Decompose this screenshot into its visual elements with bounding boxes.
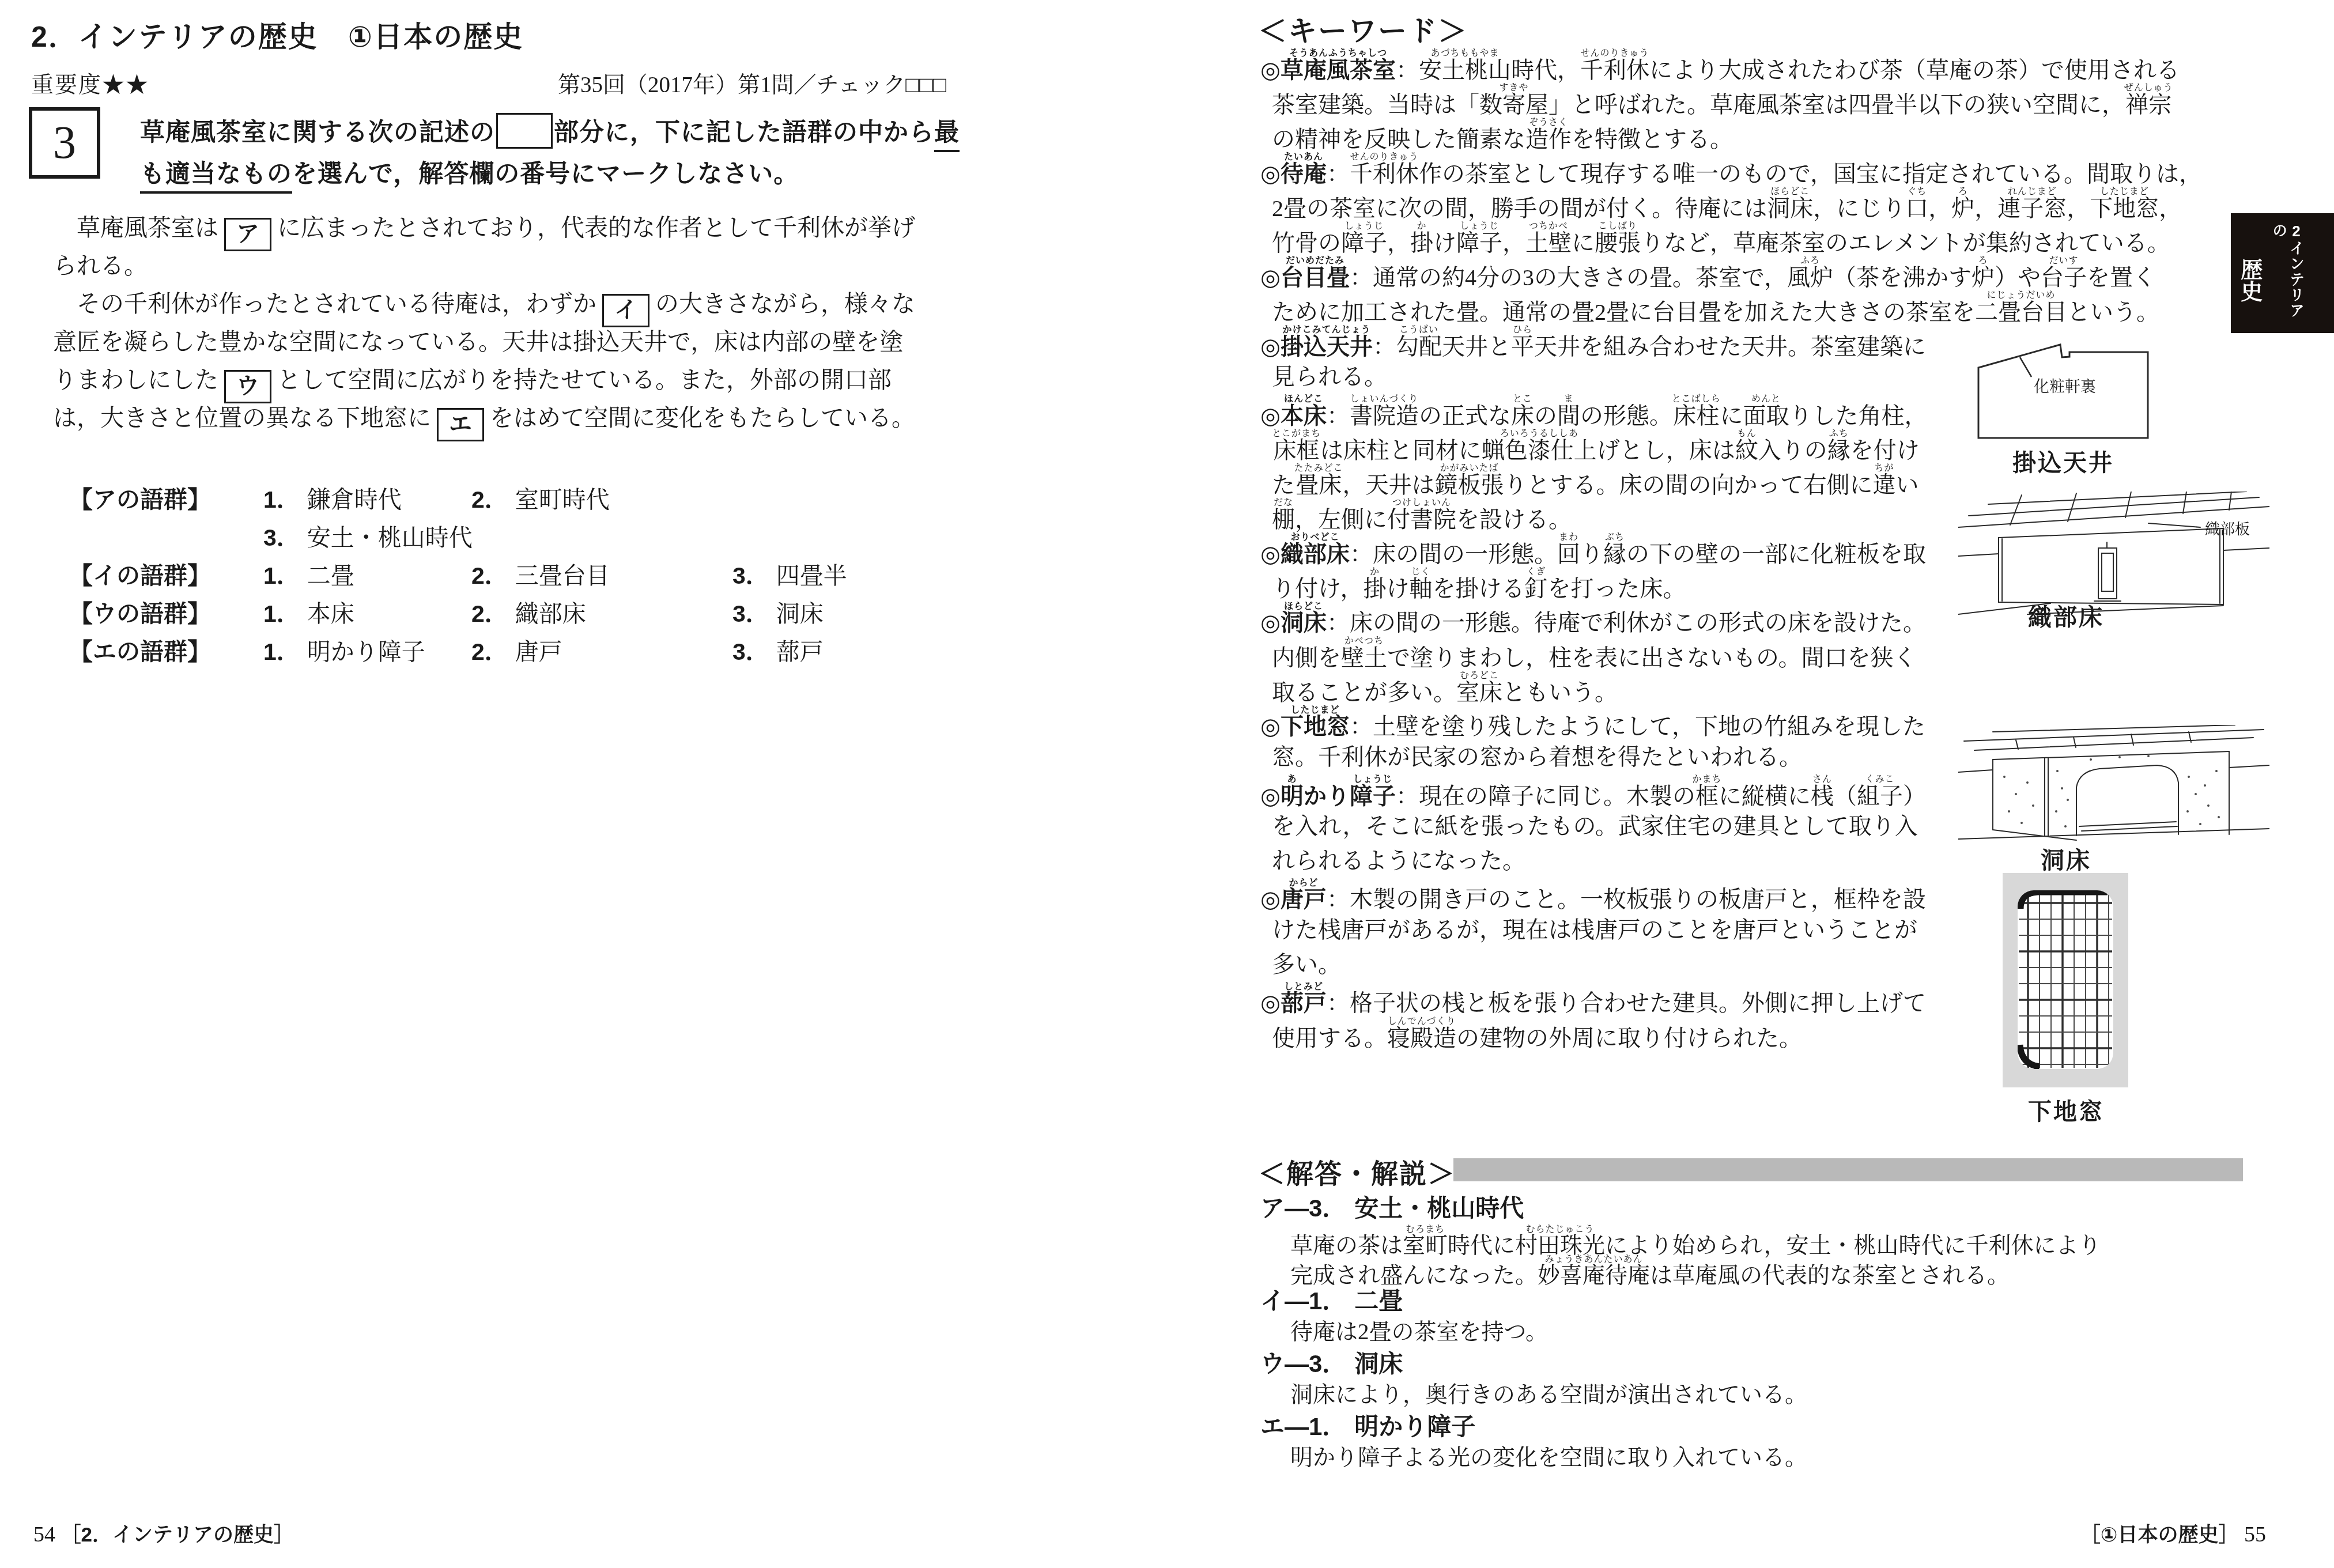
option-number: 1． (263, 562, 300, 589)
keyword-term: 草庵風茶室そうあんふうちゃしつ (1281, 58, 1396, 83)
keyword-term-line: ◎草庵風茶室そうあんふうちゃしつ：安土桃山あづちももやま時代，千利休せんのりきゅ… (1260, 48, 2202, 83)
option-term: 蔀戸 (776, 638, 824, 665)
word-group-option: 2．三畳台目 (471, 557, 610, 595)
blank-box-ア: ア (224, 218, 271, 251)
word-group-label: 【イの語群】 (69, 557, 211, 595)
keyword-term: 洞床ほらどこ (1281, 610, 1327, 636)
word-group-option: 3．安土・桃山時代 (263, 519, 473, 557)
keyword-term: 下地窓したじまど (1281, 714, 1350, 739)
keyword-term: 本床ほんどこ (1281, 403, 1327, 429)
answer-term: 安土・桃山時代 (1354, 1195, 1524, 1222)
body-text-line: は，大きさと位置の異なる下地窓にエをはめて空間に変化をもたらしている。 (53, 399, 915, 437)
word-group-option: 1．二畳 (263, 557, 354, 595)
word-group-row: 【アの語群】1．鎌倉時代2．室町時代 (69, 481, 968, 519)
option-term: 室町時代 (515, 486, 610, 513)
question-text-underlined: 最 (934, 119, 960, 152)
option-term: 鎌倉時代 (307, 486, 402, 513)
word-group-option: 2．唐戸 (471, 633, 562, 671)
keyword-term: 待庵たいあん (1281, 161, 1327, 187)
option-term: 本床 (307, 600, 354, 627)
word-group-row: 3．安土・桃山時代 (69, 519, 968, 557)
keyword-term-line: ◎待庵たいあん：千利休せんのりきゅう作の茶室として現存する唯一のもので，国宝に指… (1260, 152, 2202, 187)
option-number: 1． (263, 638, 300, 665)
answer-label: ウ―3． (1260, 1350, 1346, 1377)
answer-label-line: ア―3．安土・桃山時代 (1260, 1192, 2101, 1225)
answer-term: 二畳 (1354, 1287, 1403, 1314)
footer-section-right: ［①日本の歴史］ (2080, 1524, 2239, 1546)
keyword-heading: ＜キーワード＞ (1258, 8, 1468, 50)
chapter-side-tab: 2インテリアの 歴史 (2231, 213, 2334, 333)
footer-section-left: ［2．インテリアの歴史］ (61, 1524, 294, 1546)
answer-explanation: 洞床により，奥行きのある空間が演出されている。 (1260, 1380, 2101, 1410)
option-number: 3． (263, 524, 300, 551)
word-group-row: 【エの語群】1．明かり障子2．唐戸3．蔀戸 (69, 633, 968, 671)
word-group-option: 2．室町時代 (471, 481, 610, 519)
word-group-row: 【イの語群】1．二畳2．三畳台目3．四畳半 (69, 557, 968, 595)
kakekomi-tenjo-diagram: 化粧軒裏 (1974, 333, 2152, 443)
keyword-term: 蔀戸しとみど (1281, 991, 1327, 1016)
page-title: 2．インテリアの歴史 ①日本の歴史 (31, 14, 523, 55)
word-groups: 【アの語群】1．鎌倉時代2．室町時代3．安土・桃山時代【イの語群】1．二畳2．三… (69, 481, 968, 671)
blank-box-empty (496, 113, 553, 149)
blank-box-エ: エ (437, 408, 484, 441)
body-text-line: 意匠を凝らした豊かな空間になっている。天井は掛込天井で，床は内部の壁を塗 (53, 323, 915, 361)
chapter-side-tab-text: 2インテリアの 歴史 (2237, 222, 2305, 327)
page-number-right: 55 (2244, 1522, 2266, 1547)
body-text-line: 草庵風茶室はアに広まったとされており，代表的な作者として千利休が挙げ (53, 209, 915, 247)
option-term: 三畳台目 (515, 562, 610, 589)
word-group-label: 【エの語群】 (69, 633, 211, 671)
diagram-caption-shitaji: 下地窓 (1971, 1093, 2161, 1127)
keyword-body-line: 茶室建築。当時は「数寄屋すきや」と呼ばれた。草庵風茶室は四畳半以下の狭い空間に，… (1260, 83, 2202, 118)
answer-label: イ―1． (1260, 1287, 1346, 1314)
importance-rating: 重要度★★ (31, 67, 149, 99)
answer-heading-bar (1453, 1158, 2243, 1181)
word-group-row: 【ウの語群】1．本床2．織部床3．洞床 (69, 595, 968, 633)
word-group-option: 3．四畳半 (732, 557, 847, 595)
diagram-label: 化粧軒裏 (2034, 378, 2096, 395)
word-group-option: 1．本床 (263, 595, 354, 633)
question-body: 草庵風茶室はアに広まったとされており，代表的な作者として千利休が挙げられる。 そ… (53, 209, 915, 437)
page-footer-left: 54 ［2．インテリアの歴史］ (33, 1519, 294, 1548)
question-instruction-line2: も適当なものを選んで，解答欄の番号にマークしなさい。 (140, 154, 799, 190)
diagram-caption-kakekomi: 掛込天井 (1974, 444, 2152, 478)
answer-term: 洞床 (1354, 1350, 1403, 1377)
word-group-option: 3．洞床 (732, 595, 824, 633)
tab-chapter-title: 2インテリアの (2270, 222, 2305, 327)
answer-heading: ＜解答・解説＞ (1258, 1153, 1456, 1191)
option-number: 2． (471, 600, 508, 627)
body-text-line: られる。 (53, 247, 915, 285)
question-text: 草庵風茶室に関する次の記述の (140, 119, 495, 146)
option-term: 唐戸 (515, 638, 562, 665)
question-text-underlined: も適当なもの (140, 160, 292, 194)
word-group-label: 【ウの語群】 (69, 595, 211, 633)
page-number-left: 54 (33, 1522, 55, 1547)
keyword-body-line: 取ることが多い。室床むろどこともいう。 (1260, 671, 2202, 705)
option-number: 1． (263, 600, 300, 627)
option-number: 1． (263, 486, 300, 513)
body-text-line: その千利休が作ったとされている待庵は，わずかイの大きさながら，様々な (53, 285, 915, 323)
option-number: 2． (471, 486, 508, 513)
answer-label: エ―1． (1260, 1413, 1346, 1440)
option-number: 3． (732, 562, 769, 589)
option-number: 2． (471, 562, 508, 589)
word-group-option: 3．蔀戸 (732, 633, 824, 671)
answer-explanation: 待庵は2畳の茶室を持つ。 (1260, 1317, 2101, 1347)
keyword-body-line: の精神を反映した簡素な造作ぞうさくを特徴とする。 (1260, 118, 2202, 152)
word-group-option: 2．織部床 (471, 595, 586, 633)
diagram-label: 織部板 (2205, 520, 2250, 538)
keyword-term: 掛込天井かけこみてんじょう (1281, 334, 1373, 360)
exam-reference: 第35回（2017年）第1問／チェック□□□ (473, 67, 946, 99)
word-group-option: 1．鎌倉時代 (263, 481, 402, 519)
answer-label-line: エ―1．明かり障子 (1260, 1410, 2101, 1443)
option-term: 織部床 (515, 600, 586, 627)
question-number: 3 (53, 120, 76, 166)
oribe-doko-diagram: 織部板 (1958, 492, 2269, 615)
keyword-body-line: 内側を壁土かべつちで塗りまわし，柱を表に出さないもの。間口を狭く (1260, 636, 2202, 671)
answer-label: ア―3． (1260, 1195, 1346, 1222)
body-text-line: りまわしにしたウとして空間に広がりを持たせている。また，外部の開口部 (53, 361, 915, 399)
answer-term: 明かり障子 (1354, 1413, 1475, 1440)
option-term: 安土・桃山時代 (307, 524, 473, 551)
question-text: を選んで，解答欄の番号にマークしなさい。 (292, 160, 799, 188)
keyword-term: 織部床おりべどこ (1281, 542, 1350, 567)
answer-explanation: 草庵の茶は室町むろまち時代に村田珠光むらたじゅこうにより始められ，安土・桃山時代… (1260, 1225, 2101, 1255)
option-term: 明かり障子 (307, 638, 425, 665)
keyword-term-line: ◎台目畳だいめだたみ：通常の約4分の3の大きさの畳。茶室で，風炉ふろ（茶を沸かす… (1260, 256, 2202, 290)
keyword-term: 明あかり障子しょうじ (1281, 784, 1396, 809)
option-number: 3． (732, 638, 769, 665)
keyword-term: 唐戸からど (1281, 887, 1327, 912)
question-number-box: 3 (29, 107, 100, 179)
option-term: 四畳半 (776, 562, 847, 589)
diagram-caption-oribe: 織部床 (1959, 598, 2173, 632)
diagram-caption-hora: 洞床 (1959, 841, 2173, 875)
hora-doko-diagram (1958, 725, 2269, 841)
option-term: 二畳 (307, 562, 354, 589)
page-footer-right: ［①日本の歴史］ 55 (1671, 1519, 2266, 1548)
keyword-body-line: 竹骨の障子しょうじ，掛かけ障子しょうじ，土壁つちかべに腰張こしばりりなど，草庵茶… (1260, 221, 2202, 256)
answer-list: ア―3．安土・桃山時代草庵の茶は室町むろまち時代に村田珠光むらたじゅこうにより始… (1260, 1192, 2101, 1473)
word-group-option: 1．明かり障子 (263, 633, 425, 671)
option-number: 2． (471, 638, 508, 665)
keyword-body-line: ために加工された畳。通常の畳2畳に台目畳を加えた大きさの茶室を二畳台目にじょうだ… (1260, 290, 2202, 325)
option-term: 洞床 (776, 600, 824, 627)
keyword-body-line: 2畳の茶室に次の間，勝手の間が付く。待庵には洞床ほらどこ，にじり口ぐち，炉ろ，連… (1260, 187, 2202, 221)
textbook-spread: 2．インテリアの歴史 ①日本の歴史 重要度★★ 第35回（2017年）第1問／チ… (0, 0, 2334, 1568)
question-text: 部分に，下に記した語群の中から (554, 119, 934, 146)
tab-chapter-word: 歴史 (2237, 222, 2261, 327)
shitaji-mado-diagram (2003, 873, 2128, 1087)
question-instruction-line1: 草庵風茶室に関する次の記述の部分に，下に記した語群の中から最 (140, 113, 960, 149)
word-group-label: 【アの語群】 (69, 481, 211, 519)
option-number: 3． (732, 600, 769, 627)
keyword-term: 台目畳だいめだたみ (1281, 265, 1350, 290)
answer-explanation: 明かり障子よる光の変化を空間に取り入れている。 (1260, 1443, 2101, 1473)
answer-label-line: ウ―3．洞床 (1260, 1347, 2101, 1380)
